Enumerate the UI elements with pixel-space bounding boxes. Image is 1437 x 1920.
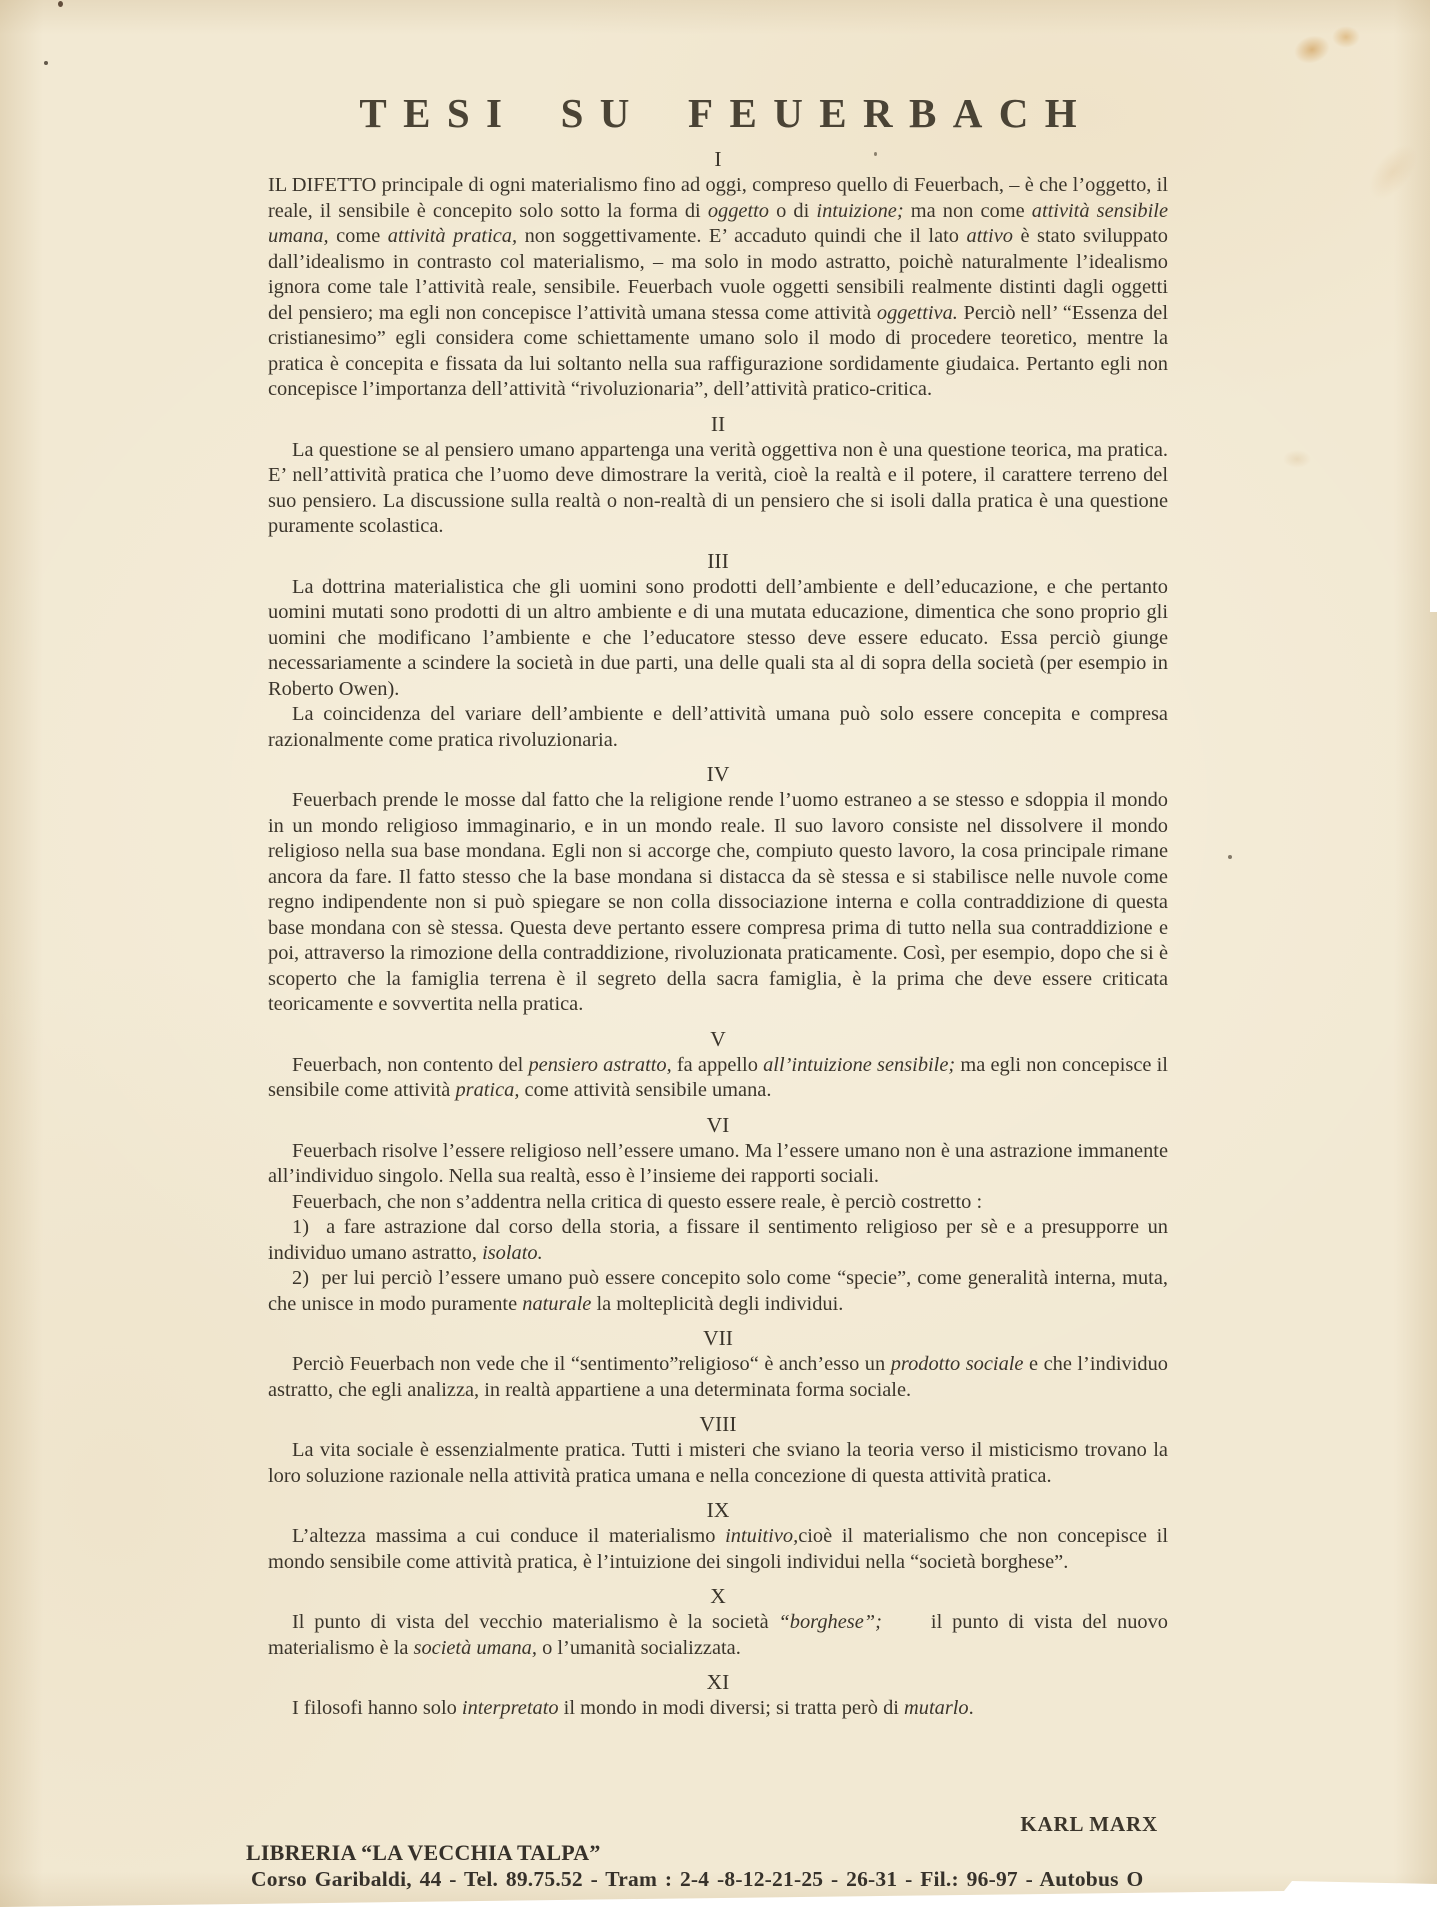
paper-speck bbox=[1228, 855, 1232, 859]
section-numeral: V bbox=[268, 1027, 1168, 1052]
text-run: La dottrina materialistica che gli uomin… bbox=[268, 576, 1168, 700]
text-run: 1) a fare astrazione dal corso della sto… bbox=[268, 1216, 1168, 1264]
italic-run: mutarlo bbox=[904, 1697, 969, 1719]
text-run: la molteplicità degli individui. bbox=[591, 1293, 843, 1315]
text-run: . bbox=[969, 1697, 974, 1719]
italic-run: oggettiva. bbox=[877, 302, 958, 324]
foxing-stain bbox=[1360, 136, 1426, 207]
thesis-paragraph: L’altezza massima a cui conduce il mater… bbox=[268, 1524, 1168, 1575]
text-run: Feuerbach risolve l’essere religioso nel… bbox=[268, 1140, 1168, 1188]
thesis-paragraph: Feuerbach risolve l’essere religioso nel… bbox=[268, 1139, 1168, 1190]
thesis-paragraph: I filosofi hanno solo interpretato il mo… bbox=[268, 1696, 1168, 1722]
page-content: TESI SU FEUERBACH IIL DIFETTO principale… bbox=[268, 0, 1168, 1722]
section-numeral: VIII bbox=[268, 1412, 1168, 1437]
theses-sections: IIL DIFETTO principale di ogni materiali… bbox=[268, 147, 1168, 1722]
italic-run: oggetto bbox=[708, 200, 769, 222]
italic-run: naturale bbox=[522, 1293, 591, 1315]
italic-run: interpretato bbox=[462, 1697, 559, 1719]
italic-run: intuizione; bbox=[816, 200, 903, 222]
italic-run: attività pratica, bbox=[388, 225, 517, 247]
text-run: Perciò Feuerbach non vede che il “sentim… bbox=[292, 1353, 891, 1375]
thesis-paragraph: Il punto di vista del vecchio materialis… bbox=[268, 1610, 1168, 1661]
thesis-paragraph: Perciò Feuerbach non vede che il “sentim… bbox=[268, 1352, 1168, 1403]
text-run: Feuerbach prende le mosse dal fatto che … bbox=[268, 789, 1168, 1015]
foxing-stain bbox=[1332, 26, 1360, 48]
foxing-stain bbox=[1291, 31, 1334, 68]
italic-run: “borghese”; bbox=[778, 1611, 881, 1633]
text-run: ma non come bbox=[904, 200, 1032, 222]
text-run: Feuerbach, che non s’addentra nella crit… bbox=[292, 1191, 982, 1213]
paper-speck bbox=[58, 1, 63, 7]
scan-edge-strip bbox=[1430, 0, 1437, 612]
section-numeral: XI bbox=[268, 1670, 1168, 1695]
text-run: L’altezza massima a cui conduce il mater… bbox=[292, 1525, 725, 1547]
thesis-paragraph: La questione se al pensiero umano appart… bbox=[268, 438, 1168, 540]
thesis-paragraph: La coincidenza del variare dell’ambiente… bbox=[268, 702, 1168, 753]
thesis-paragraph: 2) per lui perciò l’essere umano può ess… bbox=[268, 1266, 1168, 1317]
section-numeral: I bbox=[268, 147, 1168, 172]
text-run: come bbox=[329, 225, 388, 247]
text-run: fa appello bbox=[672, 1054, 763, 1076]
page-title: TESI SU FEUERBACH bbox=[268, 92, 1168, 135]
text-run: Feuerbach, non contento del bbox=[292, 1054, 528, 1076]
text-run: Il punto di vista del vecchio materialis… bbox=[292, 1611, 778, 1633]
thesis-paragraph: La dottrina materialistica che gli uomin… bbox=[268, 575, 1168, 703]
text-run: non soggettivamente. E’ accaduto quindi … bbox=[517, 225, 966, 247]
text-run: come attività sensibile umana. bbox=[519, 1079, 771, 1101]
paper-speck bbox=[44, 61, 48, 65]
section-numeral: X bbox=[268, 1584, 1168, 1609]
italic-run: isolato. bbox=[482, 1242, 543, 1264]
text-run: I filosofi hanno solo bbox=[292, 1697, 462, 1719]
italic-run: società umana, bbox=[414, 1637, 537, 1659]
text-run: il mondo in modi diversi; si tratta però… bbox=[559, 1697, 904, 1719]
italic-run: prodotto sociale bbox=[891, 1353, 1024, 1375]
thesis-paragraph: Feuerbach, che non s’addentra nella crit… bbox=[268, 1190, 1168, 1216]
foxing-stain bbox=[1283, 450, 1311, 468]
footer-publisher: LIBRERIA “LA VECCHIA TALPA” bbox=[246, 1840, 601, 1866]
text-run: o di bbox=[769, 200, 816, 222]
text-run: o l’umanità socializzata. bbox=[537, 1637, 741, 1659]
footer-address: Corso Garibaldi, 44 - Tel. 89.75.52 - Tr… bbox=[251, 1867, 1143, 1892]
text-run: La coincidenza del variare dell’ambiente… bbox=[268, 703, 1168, 751]
text-run: La questione se al pensiero umano appart… bbox=[268, 439, 1168, 538]
italic-run: pensiero astratto, bbox=[528, 1054, 671, 1076]
italic-run: all’intuizione sensibile; bbox=[763, 1054, 955, 1076]
thesis-paragraph: 1) a fare astrazione dal corso della sto… bbox=[268, 1215, 1168, 1266]
paper-sheet: TESI SU FEUERBACH IIL DIFETTO principale… bbox=[0, 0, 1437, 1920]
section-numeral: IV bbox=[268, 762, 1168, 787]
section-numeral: VII bbox=[268, 1326, 1168, 1351]
thesis-paragraph: IL DIFETTO principale di ogni materialis… bbox=[268, 173, 1168, 403]
section-numeral: VI bbox=[268, 1113, 1168, 1138]
author-signature: KARL MARX bbox=[268, 1812, 1170, 1837]
thesis-paragraph: Feuerbach prende le mosse dal fatto che … bbox=[268, 788, 1168, 1018]
section-numeral: IX bbox=[268, 1498, 1168, 1523]
italic-run: attivo bbox=[967, 225, 1013, 247]
thesis-paragraph: La vita sociale è essenzialmente pratica… bbox=[268, 1438, 1168, 1489]
italic-run: pratica, bbox=[455, 1079, 519, 1101]
section-numeral: II bbox=[268, 412, 1168, 437]
section-numeral: III bbox=[268, 549, 1168, 574]
thesis-paragraph: Feuerbach, non contento del pensiero ast… bbox=[268, 1053, 1168, 1104]
text-run: La vita sociale è essenzialmente pratica… bbox=[268, 1439, 1168, 1487]
italic-run: intuitivo, bbox=[725, 1525, 798, 1547]
